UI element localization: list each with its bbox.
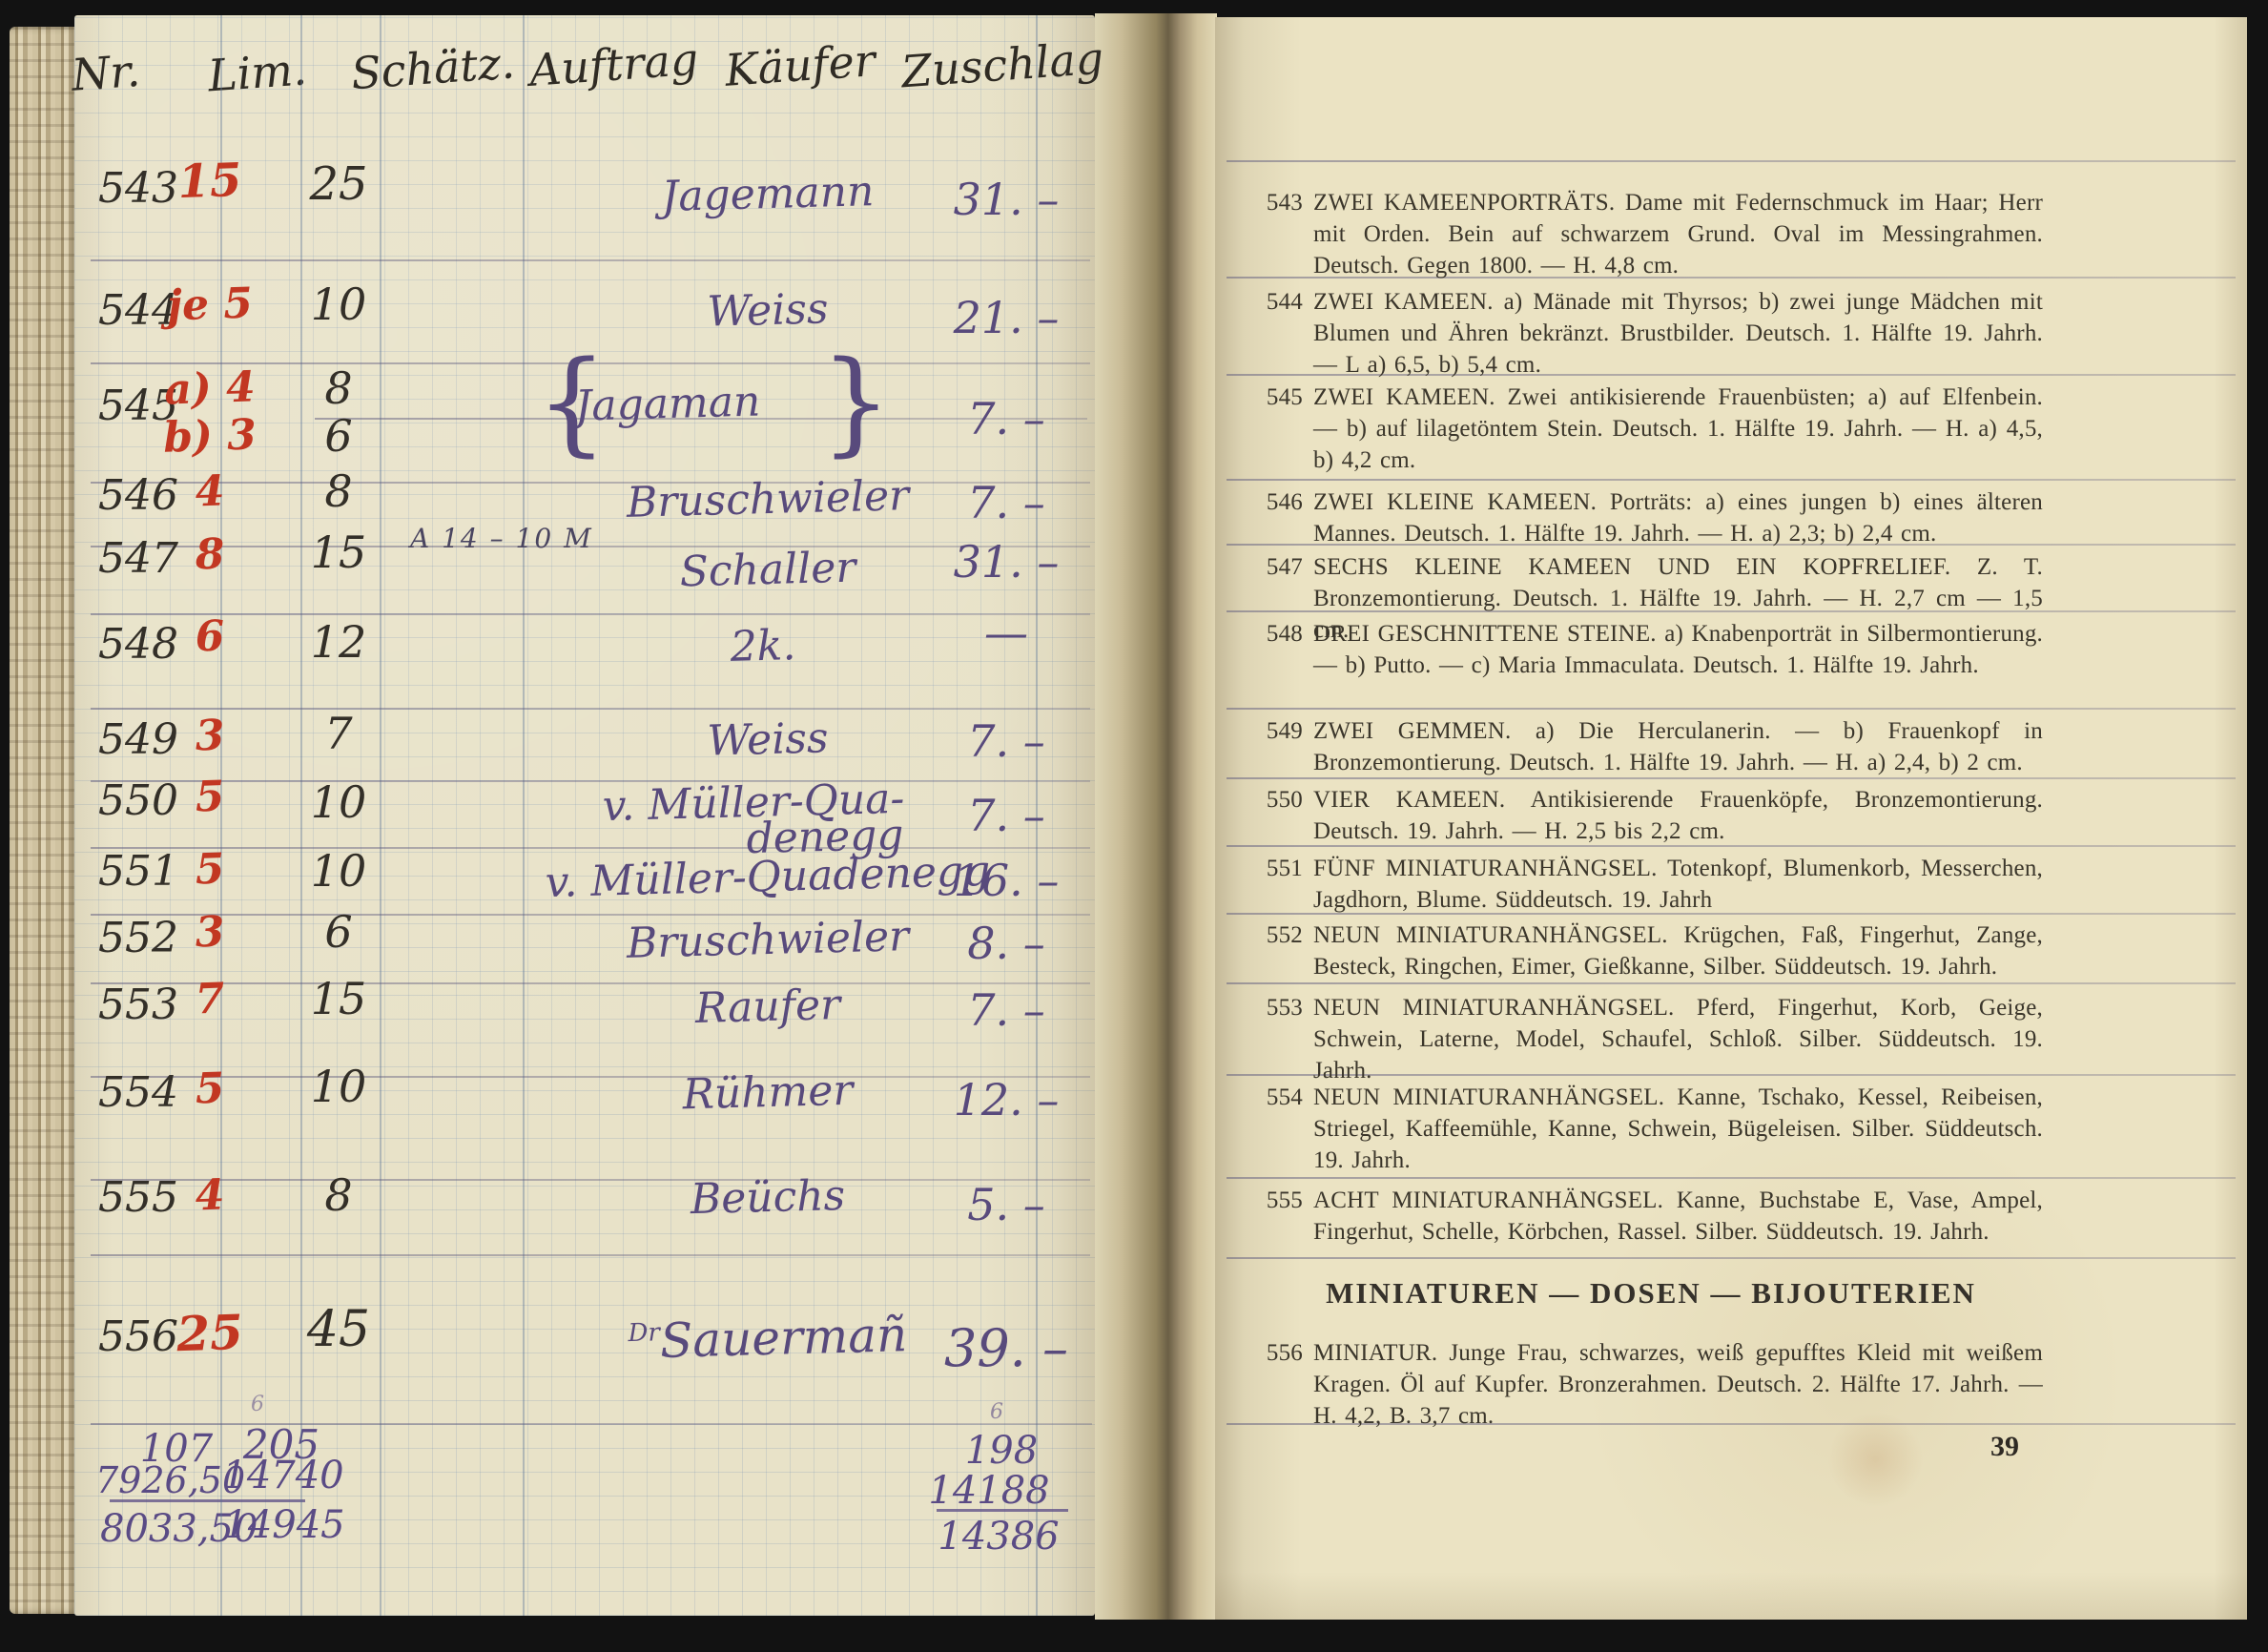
entry-text: DREI GESCHNITTENE STEINE. a) Knabenportr… bbox=[1313, 621, 2043, 678]
total-zuschlag-sum: 198 bbox=[944, 1429, 1059, 1473]
entry-lot-number: 545 bbox=[1261, 382, 1303, 413]
totals-sum-line-left bbox=[110, 1499, 305, 1502]
catalog-entry: 546ZWEI KLEINE KAMEEN. Porträts: a) eine… bbox=[1261, 486, 2043, 549]
entry-separator-line bbox=[1227, 160, 2236, 162]
entry-lot-number: 554 bbox=[1261, 1082, 1303, 1113]
page-stack-edges bbox=[10, 27, 80, 1614]
entry-lot-number: 548 bbox=[1261, 618, 1303, 650]
estimate-value: 25 bbox=[286, 157, 391, 211]
catalog-entry: 556MINIATUR. Junge Frau, schwarzes, weiß… bbox=[1261, 1337, 2043, 1432]
entry-lot-number: 544 bbox=[1261, 286, 1303, 318]
buyer-title-prefix: Dr bbox=[628, 1318, 660, 1348]
hammer-price: 7. – bbox=[892, 477, 1121, 528]
catalog-entry: 545ZWEI KAMEEN. Zwei antikisierende Frau… bbox=[1261, 382, 2043, 476]
entry-separator-line bbox=[1227, 479, 2236, 481]
entry-lot-number: 552 bbox=[1261, 919, 1303, 951]
hammer-price: 21. – bbox=[892, 292, 1121, 343]
page-number: 39 bbox=[1967, 1431, 2043, 1463]
estimate-value-b: 6 bbox=[286, 410, 391, 462]
entry-text: ZWEI KAMEENPORTRÄTS. Dame mit Federnschm… bbox=[1313, 190, 2043, 279]
limit-value-b: b) 3 bbox=[142, 410, 278, 464]
entry-lot-number: 547 bbox=[1261, 551, 1303, 583]
hammer-price: 7. – bbox=[892, 790, 1121, 841]
hammer-price: — bbox=[892, 607, 1121, 658]
section-heading: MINIATUREN — DOSEN — BIJOUTERIEN bbox=[1261, 1276, 2041, 1311]
hammer-price: 39. – bbox=[892, 1318, 1121, 1378]
limit-value: je 5 bbox=[142, 279, 278, 332]
limit-value: 15 bbox=[142, 153, 278, 211]
total-schaetz-subtotal: 14740 bbox=[221, 1454, 345, 1497]
hammer-price: 7. – bbox=[892, 393, 1121, 444]
catalog-entry: 554NEUN MINIATURANHÄNGSEL. Kanne, Tschak… bbox=[1261, 1082, 2043, 1176]
carry-digit-left: 6 bbox=[238, 1393, 277, 1416]
estimate-value: 10 bbox=[286, 845, 391, 897]
entry-text: ZWEI GEMMEN. a) Die Herculanerin. — b) F… bbox=[1313, 718, 2043, 775]
totals-sum-line-right bbox=[937, 1509, 1068, 1512]
entry-lot-number: 556 bbox=[1261, 1337, 1303, 1369]
estimate-value: 7 bbox=[286, 708, 391, 759]
hammer-price: 16. – bbox=[892, 855, 1121, 906]
order-note: A 14 – 10 M bbox=[410, 523, 593, 554]
limit-value: 3 bbox=[142, 906, 278, 960]
entry-lot-number: 546 bbox=[1261, 486, 1303, 518]
column-header-lim: Lim. bbox=[206, 42, 333, 102]
entry-text: VIER KAMEEN. Antikisierende Frauenköpfe,… bbox=[1313, 787, 2043, 844]
catalog-entry: 552NEUN MINIATURANHÄNGSEL. Krügchen, Faß… bbox=[1261, 919, 2043, 982]
hammer-price: 31. – bbox=[892, 536, 1121, 588]
catalog-entry: 551FÜNF MINIATURANHÄNGSEL. Totenkopf, Bl… bbox=[1261, 853, 2043, 916]
total-zuschlag-subtotal: 14188 bbox=[918, 1469, 1061, 1513]
entry-separator-line bbox=[1227, 1177, 2236, 1179]
estimate-value: 45 bbox=[286, 1301, 391, 1358]
hammer-price: 7. – bbox=[892, 715, 1121, 767]
entry-text: ZWEI KAMEEN. a) Mänade mit Thyrsos; b) z… bbox=[1313, 289, 2043, 378]
estimate-value: 8 bbox=[286, 465, 391, 517]
limit-value: 5 bbox=[142, 771, 278, 824]
row-separator-line bbox=[91, 708, 1090, 710]
limit-value: 6 bbox=[142, 610, 278, 664]
estimate-value: 10 bbox=[286, 1061, 391, 1112]
catalog-entry: 543ZWEI KAMEENPORTRÄTS. Dame mit Federns… bbox=[1261, 187, 2043, 281]
total-zuschlag-grand: 14386 bbox=[927, 1515, 1070, 1559]
row-separator-line bbox=[91, 1254, 1090, 1256]
estimate-value: 10 bbox=[286, 776, 391, 828]
entry-separator-line bbox=[1227, 982, 2236, 984]
opening-brace: { bbox=[536, 336, 608, 467]
limit-value: 5 bbox=[142, 843, 278, 897]
limit-value: 4 bbox=[142, 465, 278, 519]
entry-lot-number: 549 bbox=[1261, 715, 1303, 747]
catalog-entry: 549ZWEI GEMMEN. a) Die Herculanerin. — b… bbox=[1261, 715, 2043, 778]
carry-digit-right: 6 bbox=[978, 1400, 1016, 1424]
catalog-entry: 548DREI GESCHNITTENE STEINE. a) Knabenpo… bbox=[1261, 618, 2043, 681]
limit-value: 25 bbox=[142, 1303, 278, 1364]
entry-lot-number: 543 bbox=[1261, 187, 1303, 218]
catalog-entry: 544ZWEI KAMEEN. a) Mänade mit Thyrsos; b… bbox=[1261, 286, 2043, 381]
estimate-value: 6 bbox=[286, 906, 391, 958]
catalog-entry: 553NEUN MINIATURANHÄNGSEL. Pferd, Finger… bbox=[1261, 992, 2043, 1086]
entry-separator-line bbox=[1227, 708, 2236, 710]
entry-lot-number: 551 bbox=[1261, 853, 1303, 884]
total-schaetz-grand: 14945 bbox=[222, 1503, 346, 1547]
hammer-price: 31. – bbox=[892, 174, 1121, 225]
limit-value: a) 4 bbox=[142, 362, 278, 416]
catalog-entry: 555ACHT MINIATURANHÄNGSEL. Kanne, Buchst… bbox=[1261, 1185, 2043, 1248]
entry-text: ZWEI KLEINE KAMEEN. Porträts: a) eines j… bbox=[1313, 489, 2043, 547]
entry-text: MINIATUR. Junge Frau, schwarzes, weiß ge… bbox=[1313, 1340, 2043, 1429]
limit-value: 5 bbox=[142, 1063, 278, 1116]
limit-value: 7 bbox=[142, 973, 278, 1026]
limit-value: 3 bbox=[142, 710, 278, 763]
limit-value: 4 bbox=[142, 1169, 278, 1223]
entry-text: NEUN MINIATURANHÄNGSEL. Krügchen, Faß, F… bbox=[1313, 922, 2043, 980]
entry-text: ACHT MINIATURANHÄNGSEL. Kanne, Buchstabe… bbox=[1313, 1187, 2043, 1245]
entry-lot-number: 553 bbox=[1261, 992, 1303, 1023]
estimate-value: 8 bbox=[286, 1169, 391, 1221]
scanned-auction-ledger-spread: Nr. Lim. Schätz. Auftrag Käufer Zuschlag… bbox=[0, 0, 2268, 1652]
estimate-value: 15 bbox=[286, 973, 391, 1024]
entry-lot-number: 550 bbox=[1261, 784, 1303, 816]
entry-text: ZWEI KAMEEN. Zwei antikisierende Frauenb… bbox=[1313, 384, 2043, 473]
hammer-price: 5. – bbox=[892, 1179, 1121, 1230]
entry-text: NEUN MINIATURANHÄNGSEL. Kanne, Tschako, … bbox=[1313, 1084, 2043, 1173]
entry-text: NEUN MINIATURANHÄNGSEL. Pferd, Fingerhut… bbox=[1313, 995, 2043, 1084]
hammer-price: 12. – bbox=[892, 1074, 1121, 1125]
hammer-price: 7. – bbox=[892, 984, 1121, 1036]
estimate-value: 12 bbox=[286, 616, 391, 668]
estimate-value: 10 bbox=[286, 279, 391, 330]
hammer-price: 8. – bbox=[892, 918, 1121, 969]
entry-text: FÜNF MINIATURANHÄNGSEL. Totenkopf, Blume… bbox=[1313, 856, 2043, 913]
estimate-value: 8 bbox=[286, 362, 391, 414]
entry-lot-number: 555 bbox=[1261, 1185, 1303, 1216]
row-separator-line bbox=[91, 259, 1090, 261]
entry-separator-line bbox=[1227, 1257, 2236, 1259]
limit-value: 8 bbox=[142, 528, 278, 582]
catalog-entry: 550VIER KAMEEN. Antikisierende Frauenköp… bbox=[1261, 784, 2043, 847]
column-header-nr: Nr. bbox=[70, 42, 177, 101]
estimate-value: 15 bbox=[286, 527, 391, 578]
closing-brace: } bbox=[820, 336, 892, 467]
row-separator-line bbox=[91, 1423, 1092, 1425]
